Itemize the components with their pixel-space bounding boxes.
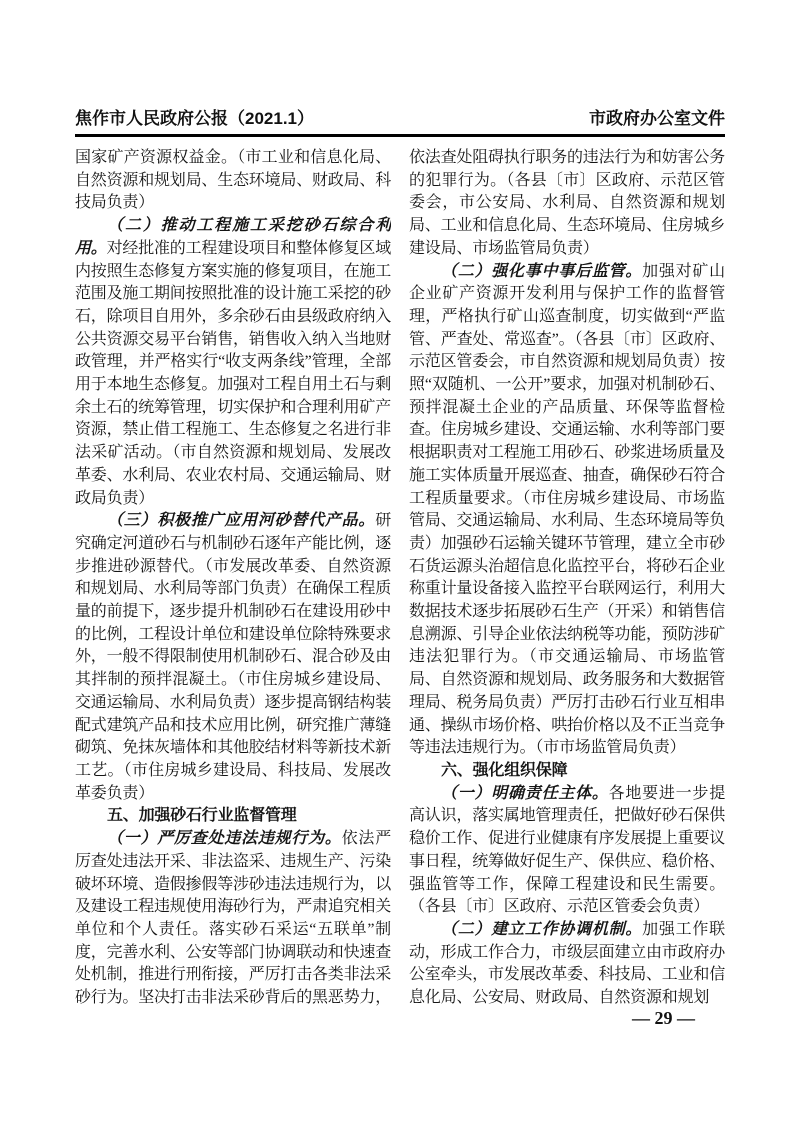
- lead-sentence: （二）强化事中事后监管。: [441, 263, 642, 280]
- document-category-label: 市政府办公室文件: [589, 109, 725, 129]
- page-number: — 29 —: [632, 1008, 695, 1028]
- document-body: 国家矿产资源权益金。（市工业和信息化局、自然资源和规划局、生态环境局、财政局、科…: [75, 147, 725, 1013]
- page-header: 焦作市人民政府公报（2021.1） 市政府办公室文件: [75, 109, 725, 129]
- paragraph: （二）强化事中事后监管。加强对矿山企业矿产资源开发利用与保护工作的监督管理，严格…: [409, 261, 725, 760]
- body-text: 五、加强砂石行业监督管理: [107, 807, 297, 824]
- document-page: 焦作市人民政府公报（2021.1） 市政府办公室文件 国家矿产资源权益金。（市工…: [0, 0, 793, 1122]
- body-text: 国家矿产资源权益金。（市工业和信息化局、自然资源和规划局、生态环境局、财政局、科…: [75, 149, 391, 211]
- section-heading: 五、加强砂石行业监督管理: [75, 805, 391, 828]
- header-rule: [75, 134, 725, 137]
- body-text: 各地要进一步提高认识，落实属地管理责任，把做好砂石保供稳价工作、促进行业健康有序…: [409, 785, 725, 916]
- paragraph: （一）明确责任主体。各地要进一步提高认识，落实属地管理责任，把做好砂石保供稳价工…: [409, 783, 725, 919]
- body-text: 依法严厉查处违法开采、非法盗采、违规生产、污染破坏环境、造假掺假等涉砂违法违规行…: [75, 830, 391, 1006]
- left-column: 国家矿产资源权益金。（市工业和信息化局、自然资源和规划局、生态环境局、财政局、科…: [75, 147, 391, 1013]
- paragraph: （三）积极推广应用河砂替代产品。研究确定河道砂石与机制砂石逐年产能比例，逐步推进…: [75, 510, 391, 805]
- paragraph: （二）建立工作协调机制。加强工作联动，形成工作合力，市级层面建立由市政府办公室牵…: [409, 919, 725, 1010]
- lead-sentence: （一）严厉查处违法违规行为。: [107, 830, 342, 847]
- body-text: 依法查处阻碍执行职务的违法行为和妨害公务的犯罪行为。（各县〔市〕区政府、示范区管…: [409, 149, 725, 257]
- body-text: 对经批准的工程建设项目和整体修复区域内按照生态修复方案实施的修复项目，在施工范围…: [75, 240, 391, 507]
- body-text: 六、强化组织保障: [441, 762, 567, 779]
- section-heading: 六、强化组织保障: [409, 760, 725, 783]
- page-footer: — 29 —: [75, 1008, 725, 1029]
- paragraph: 国家矿产资源权益金。（市工业和信息化局、自然资源和规划局、生态环境局、财政局、科…: [75, 147, 391, 215]
- body-text: 研究确定河道砂石与机制砂石逐年产能比例，逐步推进砂源替代。（市发展改革委、自然资…: [75, 512, 391, 801]
- body-text: 加强对矿山企业矿产资源开发利用与保护工作的监督管理，严格执行矿山巡查制度，切实做…: [409, 263, 725, 757]
- right-column: 依法查处阻碍执行职务的违法行为和妨害公务的犯罪行为。（各县〔市〕区政府、示范区管…: [409, 147, 725, 1013]
- lead-sentence: （三）积极推广应用河砂替代产品。: [107, 512, 375, 529]
- paragraph: 依法查处阻碍执行职务的违法行为和妨害公务的犯罪行为。（各县〔市〕区政府、示范区管…: [409, 147, 725, 261]
- gazette-title: 焦作市人民政府公报（2021.1）: [75, 109, 314, 129]
- paragraph: （二）推动工程施工采挖砂石综合利用。对经批准的工程建设项目和整体修复区域内按照生…: [75, 215, 391, 510]
- lead-sentence: （一）明确责任主体。: [441, 785, 609, 802]
- paragraph: （一）严厉查处违法违规行为。依法严厉查处违法开采、非法盗采、违规生产、污染破坏环…: [75, 828, 391, 1010]
- lead-sentence: （二）建立工作协调机制。: [441, 921, 642, 938]
